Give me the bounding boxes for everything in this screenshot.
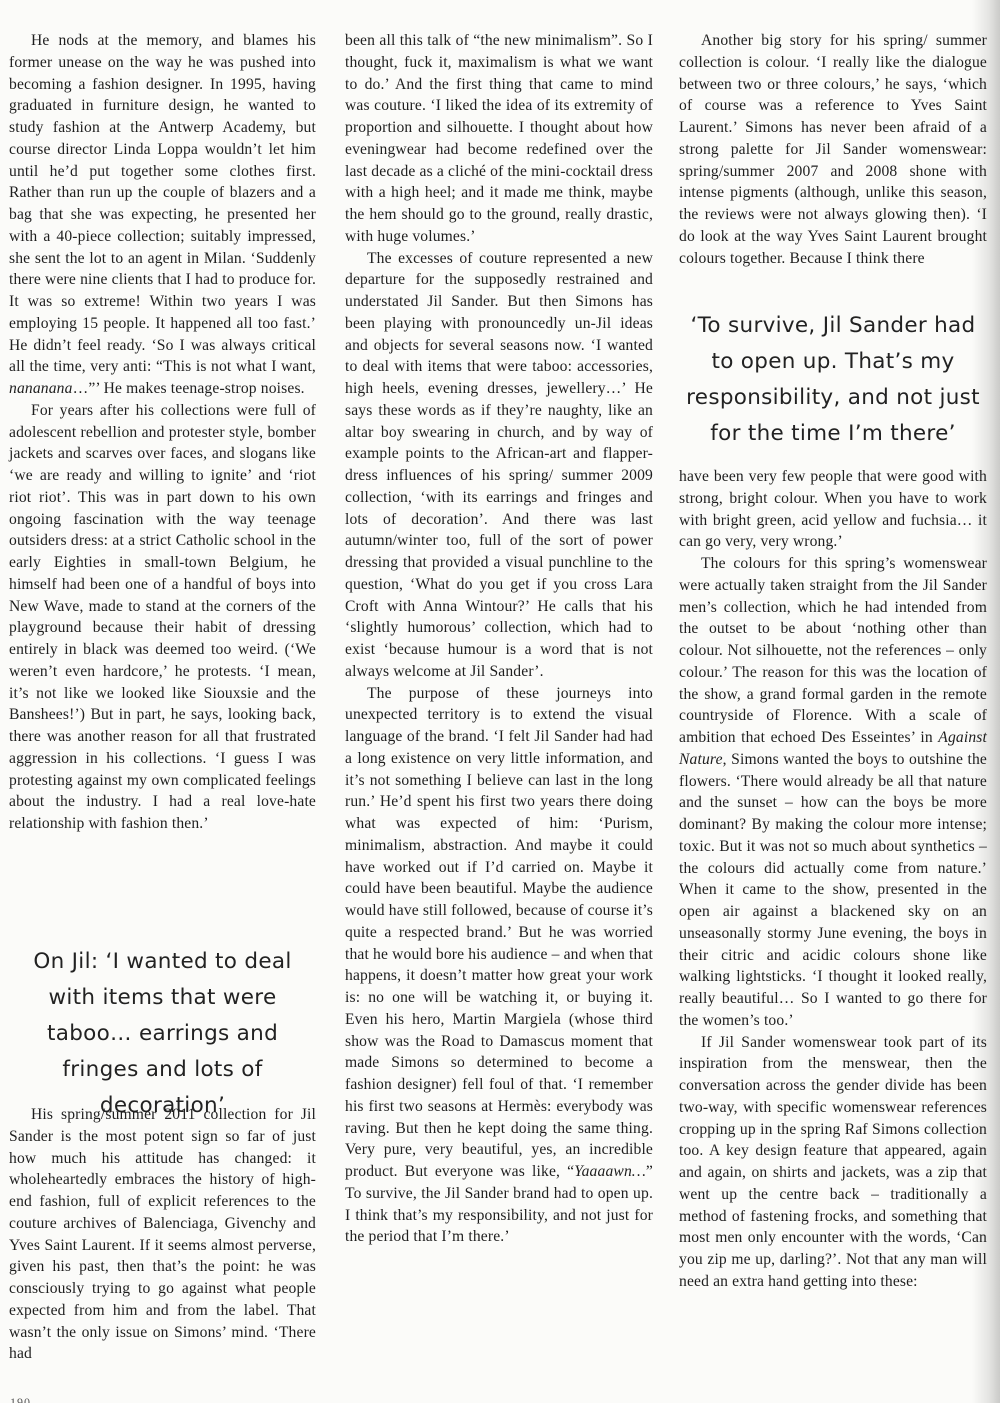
paragraph: been all this talk of “the new minimalis… — [345, 30, 653, 248]
paragraph-text: The purpose of these journeys into unexp… — [345, 685, 653, 1181]
paragraph: The colours for this spring’s womens­wea… — [679, 553, 987, 1032]
paragraph-text: The colours for this spring’s womens­wea… — [679, 555, 987, 746]
pull-quote: On Jil: ‘I wanted to deal with items tha… — [9, 944, 316, 1124]
paragraph-text: He nods at the memory, and blames his fo… — [9, 32, 316, 375]
pull-quote: ‘To survive, Jil Sander had to open up. … — [679, 308, 987, 452]
paragraph: The purpose of these journeys into unexp… — [345, 683, 653, 1249]
column-1-top: He nods at the memory, and blames his fo… — [9, 30, 316, 835]
paragraph: His spring/summer 2011 collection for Ji… — [9, 1104, 316, 1365]
paragraph: Another big story for his spring/ summer… — [679, 30, 987, 269]
paragraph: If Jil Sander womenswear took part of it… — [679, 1032, 987, 1293]
paragraph-text: , Simons wanted the boys to outshine the… — [679, 751, 987, 1029]
column-1-bottom: His spring/summer 2011 collection for Ji… — [9, 1104, 316, 1365]
italic-text: nananana — [9, 380, 73, 397]
paragraph: He nods at the memory, and blames his fo… — [9, 30, 316, 400]
paragraph: have been very few people that were good… — [679, 466, 987, 553]
column-3-bottom: have been very few people that were good… — [679, 466, 987, 1293]
italic-text: Yaaaawn… — [574, 1163, 646, 1180]
page-number: 190 — [10, 1395, 31, 1403]
column-2: been all this talk of “the new minimalis… — [345, 30, 653, 1248]
paragraph: For years after his collections were ful… — [9, 400, 316, 835]
paragraph: The excesses of couture represented a ne… — [345, 248, 653, 683]
paragraph-text: …”’ He makes teenage-strop noises. — [73, 380, 305, 397]
column-3-top: Another big story for his spring/ summer… — [679, 30, 987, 269]
